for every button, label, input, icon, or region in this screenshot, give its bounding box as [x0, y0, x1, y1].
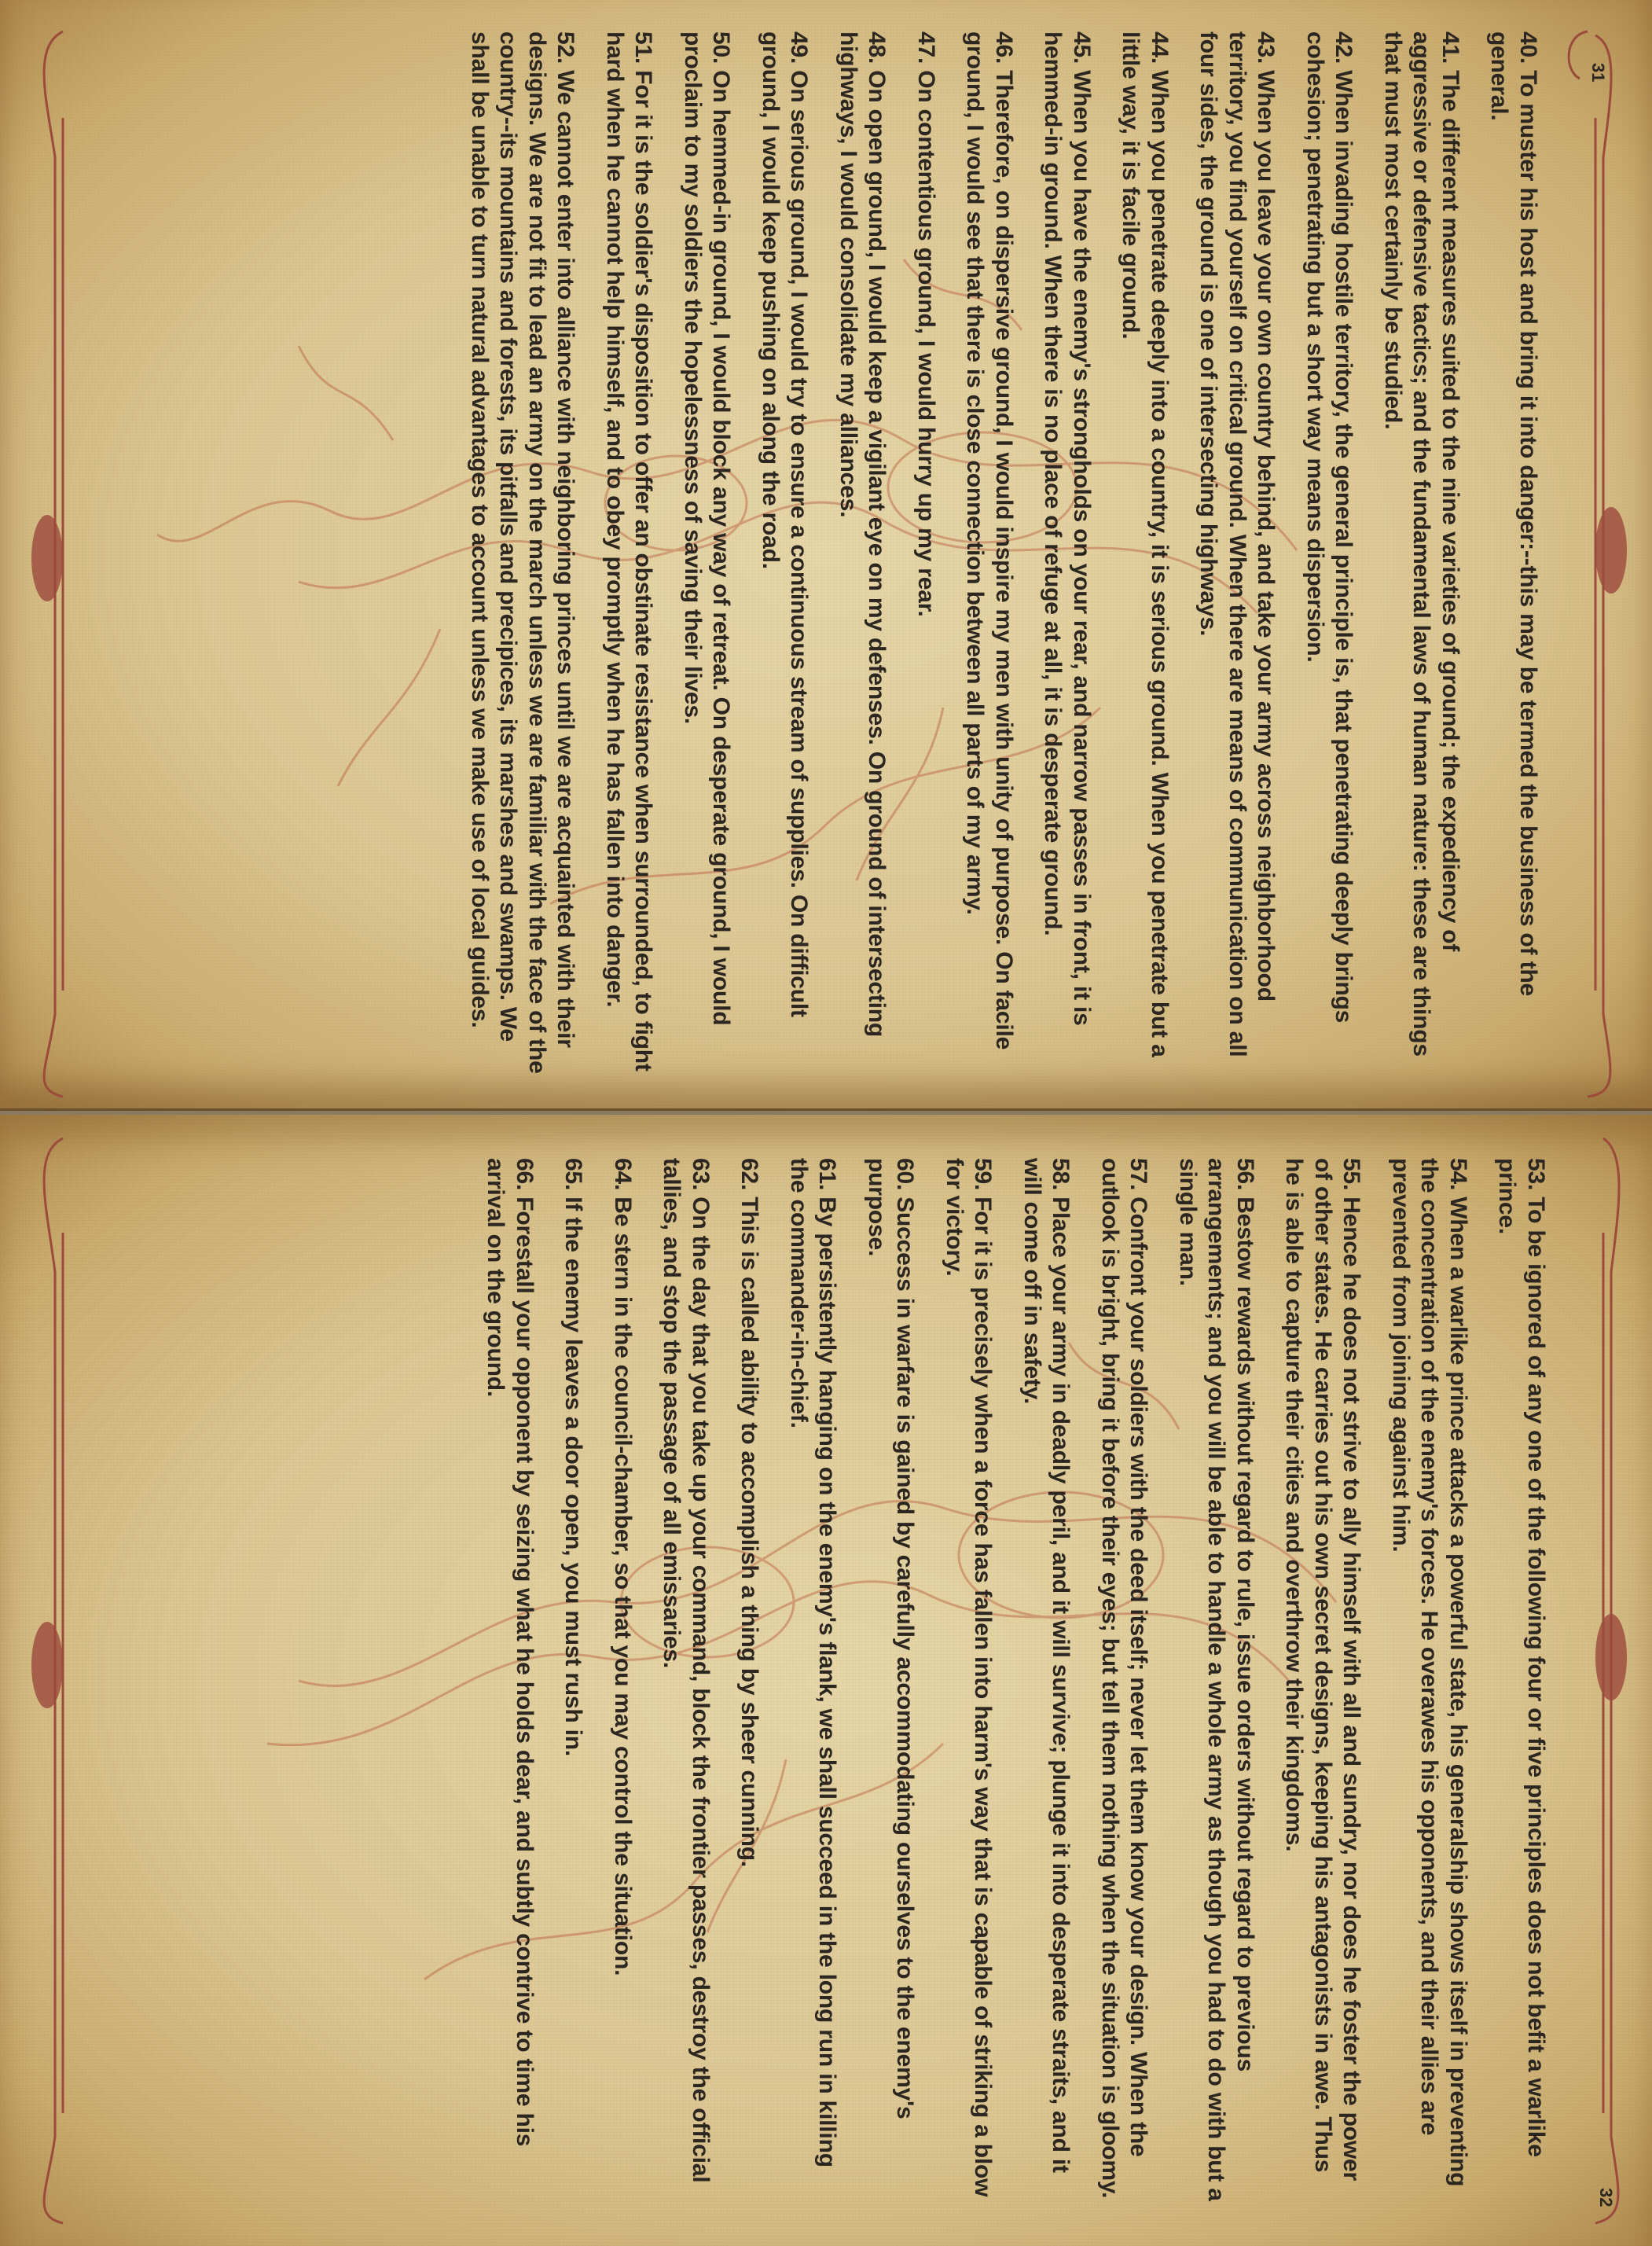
paragraph-50: 50. On hemmed-in ground, I would block a…: [678, 31, 736, 1077]
paragraph-65: 65. If the enemy leaves a door open, you…: [559, 1158, 588, 2204]
paragraph-40: 40. To muster his host and bring it into…: [1485, 31, 1542, 1077]
page-number: 31: [1588, 63, 1608, 82]
page-31-content: 40. To muster his host and bring it into…: [0, 0, 1652, 1108]
page-31-text: 40. To muster his host and bring it into…: [445, 31, 1543, 1077]
paragraph-41: 41. The different measures suited to the…: [1379, 31, 1465, 1077]
paragraph-56: 56. Bestow rewards without regard to rul…: [1173, 1158, 1260, 2204]
paragraph-44: 44. When you penetrate deeply into a cou…: [1116, 31, 1173, 1077]
paragraph-49: 49. On serious ground, I would try to en…: [756, 31, 813, 1077]
paragraph-52: 52. We cannot enter into alliance with n…: [465, 31, 580, 1077]
paragraph-59: 59. For it is precisely when a force has…: [940, 1158, 997, 2204]
paragraph-63: 63. On the day that you take up your com…: [657, 1158, 714, 2204]
paragraph-43: 43. When you leave your own country behi…: [1194, 31, 1280, 1077]
paragraph-58: 58. Place your army in deadly peril, and…: [1018, 1158, 1075, 2204]
paragraph-47: 47. On contentious ground, I would hurry…: [912, 31, 941, 1077]
page-32-text: 53. To be ignored of any one of the foll…: [461, 1158, 1550, 2204]
page-32: 53. To be ignored of any one of the foll…: [0, 1115, 1652, 2246]
paragraph-66: 66. Forestall your opponent by seizing w…: [481, 1158, 538, 2204]
paragraph-53: 53. To be ignored of any one of the foll…: [1492, 1158, 1550, 2204]
paragraph-42: 42. When invading hostile territory, the…: [1301, 31, 1358, 1077]
paragraph-62: 62. This is called ability to accomplish…: [735, 1158, 764, 2204]
paragraph-46: 46. Therefore, on dispersive ground, I w…: [960, 31, 1018, 1077]
paragraph-60: 60. Success in warfare is gained by care…: [862, 1158, 920, 2204]
paragraph-57: 57. Confront your soldiers with the deed…: [1096, 1158, 1153, 2204]
paragraph-64: 64. Be stern in the council-chamber, so …: [608, 1158, 637, 2204]
page-32-content: 53. To be ignored of any one of the foll…: [0, 1115, 1652, 2246]
paragraph-61: 61. By persistently hanging on the enemy…: [784, 1158, 842, 2204]
page-number: 32: [1595, 2188, 1616, 2207]
page-31: 40. To muster his host and bring it into…: [0, 0, 1652, 1111]
paragraph-45: 45. When you have the enemy's stronghold…: [1038, 31, 1096, 1077]
paragraph-48: 48. On open ground, I would keep a vigil…: [834, 31, 891, 1077]
paragraph-51: 51. For it is the soldier's disposition …: [600, 31, 658, 1077]
paragraph-55: 55. Hence he does not strive to ally him…: [1279, 1158, 1366, 2204]
paragraph-54: 54. When a warlike prince attacks a powe…: [1386, 1158, 1473, 2204]
